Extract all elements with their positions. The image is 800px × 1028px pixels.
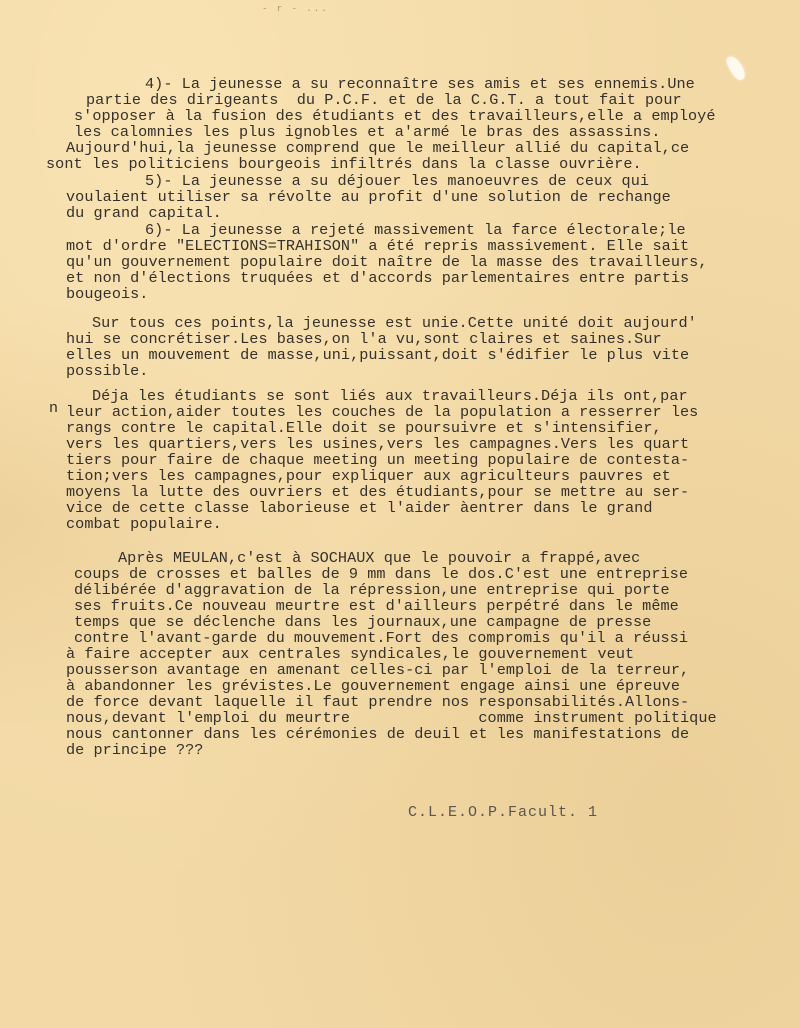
text-line: qu'un gouvernement populaire doit naître… bbox=[66, 254, 707, 270]
text-line: combat populaire. bbox=[66, 516, 222, 532]
typewritten-page: - r - ... n 4)- La jeunesse a su reconna… bbox=[0, 0, 800, 1028]
text-line: les calomnies les plus ignobles et a'arm… bbox=[74, 124, 661, 140]
text-line: de principe ??? bbox=[66, 742, 203, 758]
text-line: rangs contre le capital.Elle doit se pou… bbox=[66, 420, 662, 436]
text-line: moyens la lutte des ouvriers et des étud… bbox=[66, 484, 689, 500]
text-line: bougeois. bbox=[66, 286, 148, 302]
signature: C.L.E.O.P.Facult. 1 bbox=[408, 804, 598, 821]
margin-mark: n bbox=[49, 400, 58, 417]
text-line: pousserson avantage en amenant celles-ci… bbox=[66, 662, 689, 678]
text-line: tion;vers les campagnes,pour expliquer a… bbox=[66, 468, 671, 484]
text-line: sont les politiciens bourgeois infiltrés… bbox=[46, 156, 642, 172]
text-line: tiers pour faire de chaque meeting un me… bbox=[66, 452, 689, 468]
text-line: ses fruits.Ce nouveau meurtre est d'aill… bbox=[74, 598, 679, 614]
text-line: vers les quartiers,vers les usines,vers … bbox=[66, 436, 689, 452]
text-line: vice de cette classe laborieuse et l'aid… bbox=[66, 500, 653, 516]
text-line: possible. bbox=[66, 363, 148, 379]
text-line: temps que se déclenche dans les journaux… bbox=[74, 614, 651, 630]
text-line: délibérée d'aggravation de la répression… bbox=[74, 582, 670, 598]
text-line: à abandonner les grévistes.Le gouverneme… bbox=[66, 678, 680, 694]
text-line: mot d'ordre "ELECTIONS=TRAHISON" a été r… bbox=[66, 238, 689, 254]
top-scribble: - r - ... bbox=[262, 4, 329, 14]
text-line: leur action,aider toutes les couches de … bbox=[66, 404, 698, 420]
text-line: 4)- La jeunesse a su reconnaître ses ami… bbox=[145, 76, 695, 92]
text-line: nous cantonner dans les cérémonies de de… bbox=[66, 726, 689, 742]
text-line: de force devant laquelle il faut prendre… bbox=[66, 694, 689, 710]
paper-tear bbox=[724, 54, 747, 83]
text-line: à faire accepter aux centrales syndicale… bbox=[66, 646, 634, 662]
text-line: Sur tous ces points,la jeunesse est unie… bbox=[92, 315, 697, 331]
text-line: nous,devant l'emploi du meurtre comme in… bbox=[66, 710, 717, 726]
text-line: hui se concrétiser.Les bases,on l'a vu,s… bbox=[66, 331, 662, 347]
text-line: 6)- La jeunesse a rejeté massivement la … bbox=[145, 222, 686, 238]
text-line: et non d'élections truquées et d'accords… bbox=[66, 270, 689, 286]
text-line: coups de crosses et balles de 9 mm dans … bbox=[74, 566, 688, 582]
text-line: Déja les étudiants se sont liés aux trav… bbox=[92, 388, 688, 404]
text-line: partie des dirigeants du P.C.F. et de la… bbox=[86, 92, 682, 108]
text-line: voulaient utiliser sa révolte au profit … bbox=[66, 189, 671, 205]
text-line: elles un mouvement de masse,uni,puissant… bbox=[66, 347, 689, 363]
text-line: s'opposer à la fusion des étudiants et d… bbox=[74, 108, 715, 124]
text-line: contre l'avant-garde du mouvement.Fort d… bbox=[74, 630, 688, 646]
text-line: Aujourd'hui,la jeunesse comprend que le … bbox=[66, 140, 689, 156]
text-line: 5)- La jeunesse a su déjouer les manoeuv… bbox=[145, 173, 649, 189]
text-line: Après MEULAN,c'est à SOCHAUX que le pouv… bbox=[118, 550, 640, 566]
text-line: du grand capital. bbox=[66, 205, 222, 221]
